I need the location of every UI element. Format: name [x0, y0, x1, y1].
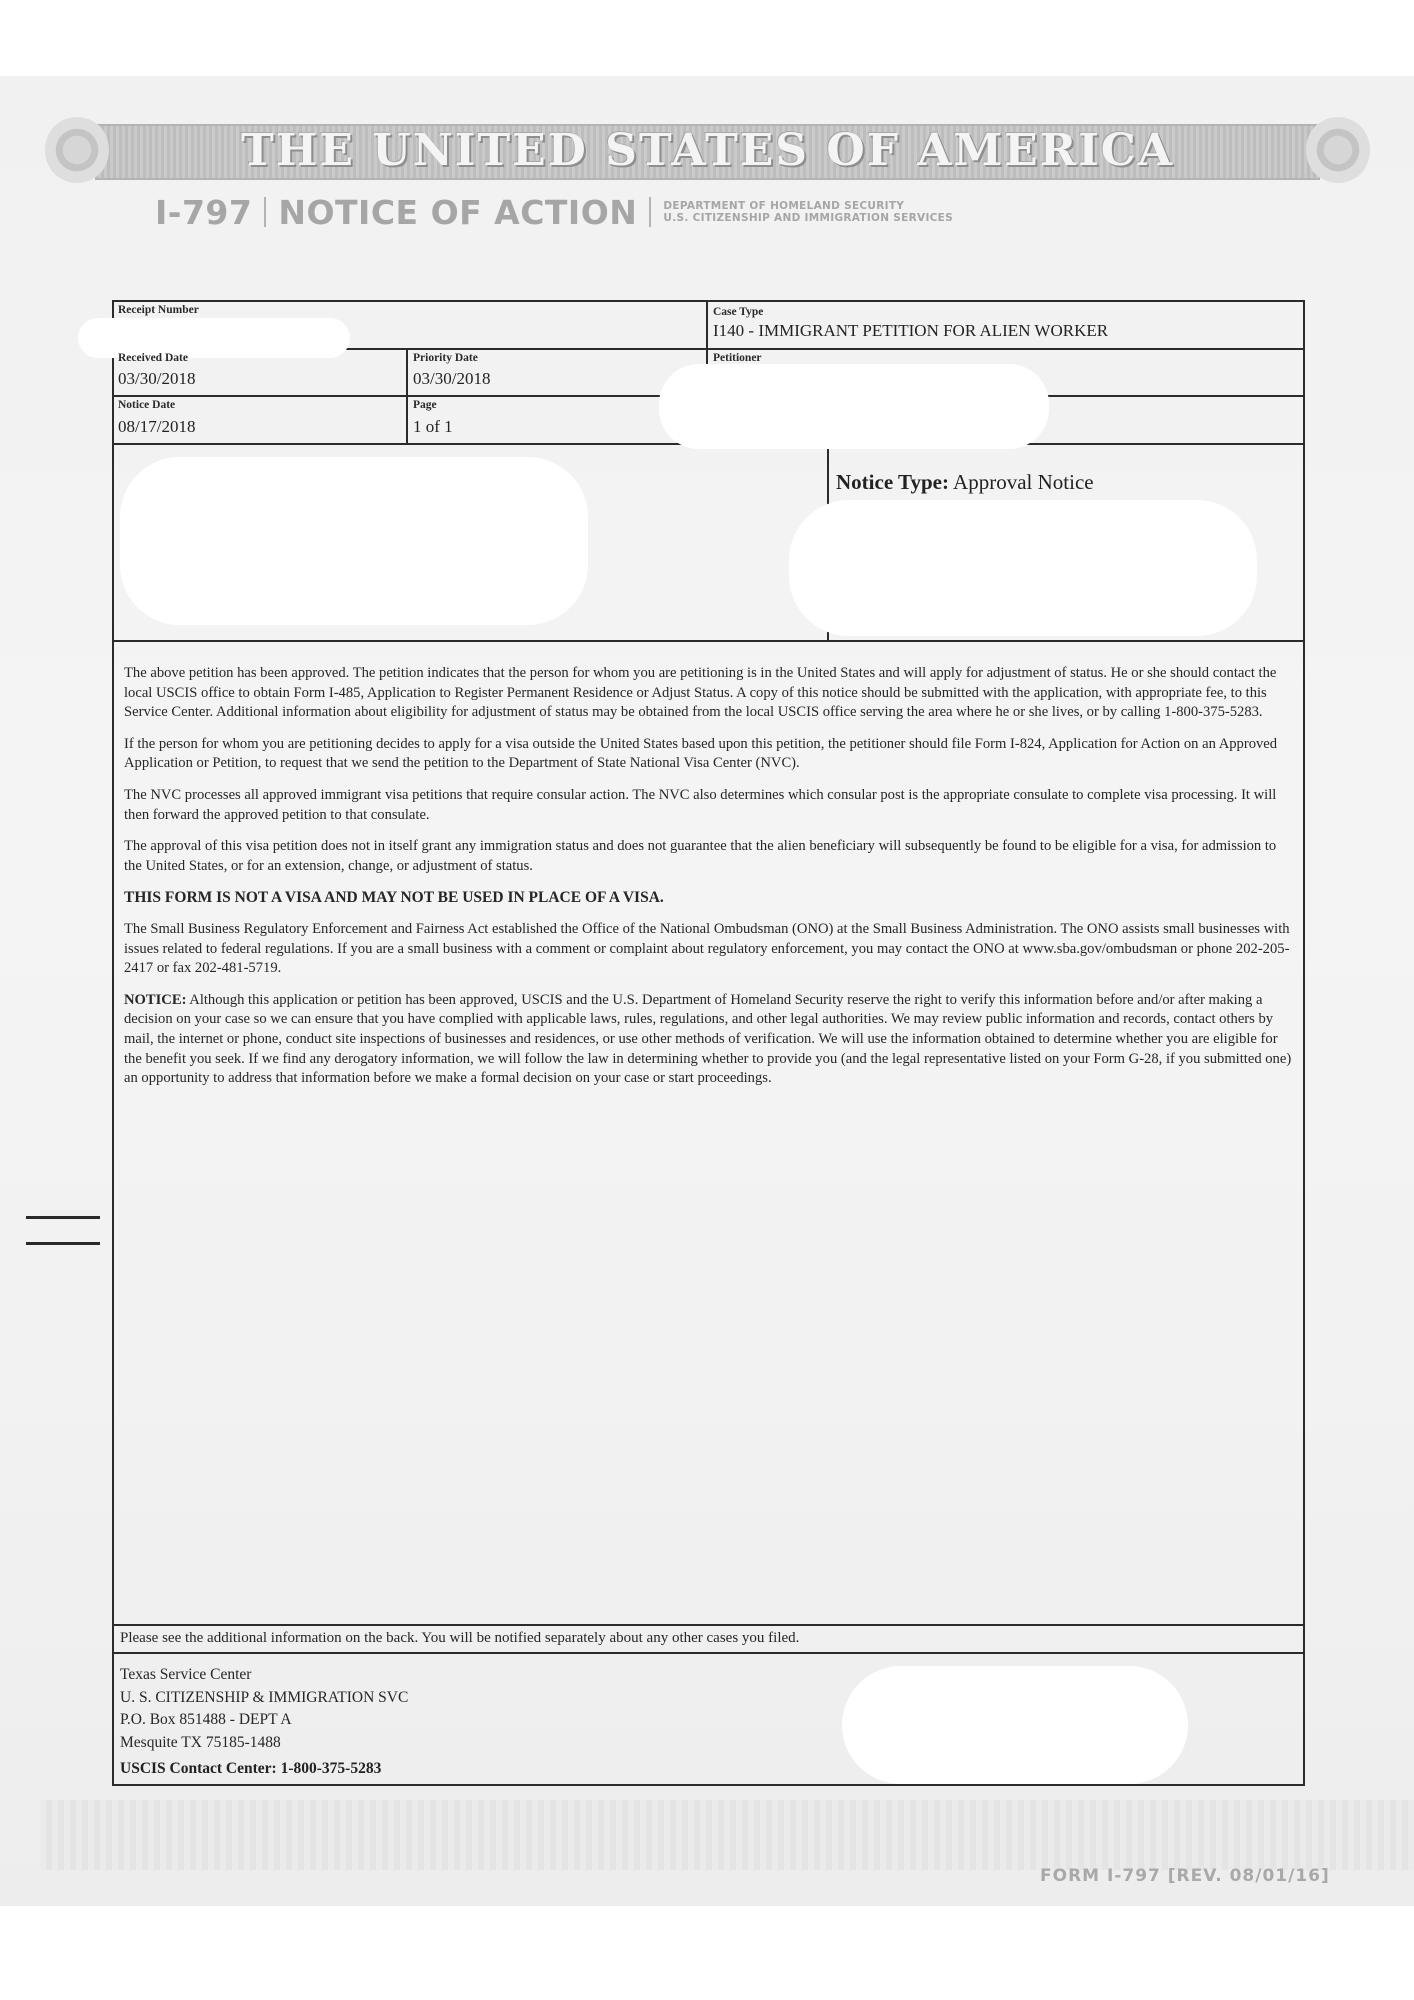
body-paragraph: The above petition has been approved. Th…: [124, 664, 1294, 723]
beneficiary-address-redaction: [120, 457, 588, 625]
notice-form: Receipt Number Case Type I140 - IMMIGRAN…: [112, 300, 1305, 1786]
service-center-address: Texas Service Center U. S. CITIZENSHIP &…: [120, 1664, 408, 1754]
notice-type-value: Approval Notice: [953, 470, 1094, 494]
body-paragraph: If the person for whom you are petitioni…: [124, 735, 1294, 774]
banner-title: THE UNITED STATES OF AMERICA: [115, 126, 1300, 176]
received-date-label: Received Date: [118, 352, 188, 364]
additional-info-note: Please see the additional information on…: [120, 1630, 799, 1647]
beneficiary-redaction: [789, 500, 1257, 636]
address-line: Texas Service Center: [120, 1664, 408, 1687]
page-value: 1 of 1: [413, 417, 453, 437]
not-a-visa-warning: THIS FORM IS NOT A VISA AND MAY NOT BE U…: [124, 888, 1294, 908]
grid-line: [114, 1652, 1303, 1654]
agency-line-2: U.S. CITIZENSHIP AND IMMIGRATION SERVICE…: [663, 212, 953, 224]
grid-line: [406, 348, 408, 443]
grid-line: [114, 1624, 1303, 1626]
notice-label: NOTICE:: [124, 992, 186, 1008]
notice-date-label: Notice Date: [118, 399, 175, 411]
grid-line: [706, 302, 708, 350]
body-paragraph: The NVC processes all approved immigrant…: [124, 786, 1294, 825]
contact-center: USCIS Contact Center: 1-800-375-5283: [120, 1760, 381, 1778]
fold-mark: [26, 1216, 100, 1219]
form-header: I-797 NOTICE OF ACTION DEPARTMENT OF HOM…: [155, 192, 953, 232]
notice-body: The above petition has been approved. Th…: [124, 664, 1294, 1101]
signature-redaction: [842, 1666, 1188, 1784]
petitioner-label: Petitioner: [713, 352, 762, 364]
petitioner-redaction: [659, 364, 1049, 449]
ono-paragraph: The Small Business Regulatory Enforcemen…: [124, 920, 1294, 979]
form-revision: FORM I-797 [REV. 08/01/16]: [1040, 1866, 1330, 1886]
case-type-label: Case Type: [713, 306, 763, 318]
received-date-value: 03/30/2018: [118, 369, 195, 389]
case-type-value: I140 - IMMIGRANT PETITION FOR ALIEN WORK…: [713, 321, 1108, 341]
priority-date-label: Priority Date: [413, 352, 478, 364]
body-paragraph: The approval of this visa petition does …: [124, 837, 1294, 876]
rosette-icon: [1306, 116, 1370, 184]
form-code: I-797: [155, 193, 252, 232]
agency-line-1: DEPARTMENT OF HOMELAND SECURITY: [663, 200, 904, 212]
grid-line: [114, 640, 1303, 642]
banner: THE UNITED STATES OF AMERICA: [45, 116, 1370, 184]
agency: DEPARTMENT OF HOMELAND SECURITY U.S. CIT…: [663, 200, 953, 224]
verification-notice: NOTICE: Although this application or pet…: [124, 991, 1294, 1089]
priority-date-value: 03/30/2018: [413, 369, 490, 389]
form-name: NOTICE OF ACTION: [278, 193, 637, 232]
receipt-number-label: Receipt Number: [118, 304, 199, 316]
notice-date-value: 08/17/2018: [118, 417, 195, 437]
fold-mark: [26, 1242, 100, 1245]
rosette-icon: [45, 116, 109, 184]
address-line: U. S. CITIZENSHIP & IMMIGRATION SVC: [120, 1687, 408, 1710]
header-divider: [264, 197, 266, 227]
notice-text: Although this application or petition ha…: [124, 992, 1291, 1086]
notice-type: Notice Type: Approval Notice: [836, 470, 1094, 495]
header-divider: [649, 197, 651, 227]
notice-type-label: Notice Type:: [836, 470, 949, 494]
address-line: Mesquite TX 75185-1488: [120, 1732, 408, 1755]
guilloche-border: [40, 1800, 1414, 1870]
address-line: P.O. Box 851488 - DEPT A: [120, 1709, 408, 1732]
page-label: Page: [413, 399, 437, 411]
